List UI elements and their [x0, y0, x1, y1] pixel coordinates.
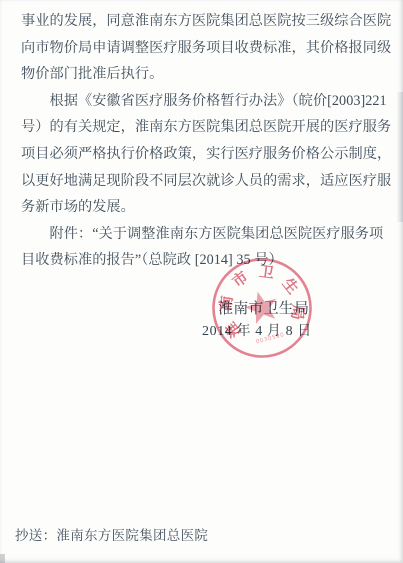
body-line-3: 物价部门批准后执行。 — [21, 61, 383, 88]
scan-smudge-corner — [0, 554, 5, 563]
letter-body: 事业的发展，同意淮南东方医院集团总医院按三级综合医院 向市物价局申请调整医疗服务… — [21, 8, 383, 274]
body-line-9: 附件：“关于调整淮南东方医院集团总医院医疗服务项 — [21, 221, 383, 248]
body-line-6: 项目必须严格执行价格政策，实行医疗服务价格公示制度， — [21, 141, 383, 168]
cc-recipients-line: 抄送：淮南东方医院集团总医院 — [15, 528, 208, 544]
body-line-5: 号）的有关规定，淮南东方医院集团总医院开展的医疗服务 — [21, 114, 383, 141]
body-line-8: 务新市场的发展。 — [21, 194, 383, 221]
body-line-7: 以更好地满足现阶段不同层次就诊人员的需求，适应医疗服 — [21, 168, 383, 195]
body-line-1: 事业的发展，同意淮南东方医院集团总医院按三级综合医院 — [21, 8, 383, 35]
body-line-4: 根据《安徽省医疗服务价格暂行办法》（皖价[2003]221 — [21, 88, 383, 115]
body-line-10: 目收费标准的报告”（总院政 [2014] 35 号） — [21, 247, 383, 274]
seal-arc-char: 生 — [279, 275, 302, 297]
body-line-2: 向市物价局申请调整医疗服务项目收费标准，其价格报同级 — [21, 35, 383, 62]
issue-date: 2014 年 4 月 8 日 — [202, 324, 312, 341]
issuing-agency-name: 淮南市卫生局 — [218, 300, 309, 318]
scan-smudge — [396, 92, 403, 222]
scanned-letter-page: { "page": { "background": "#fdfdfc", "te… — [0, 0, 403, 563]
